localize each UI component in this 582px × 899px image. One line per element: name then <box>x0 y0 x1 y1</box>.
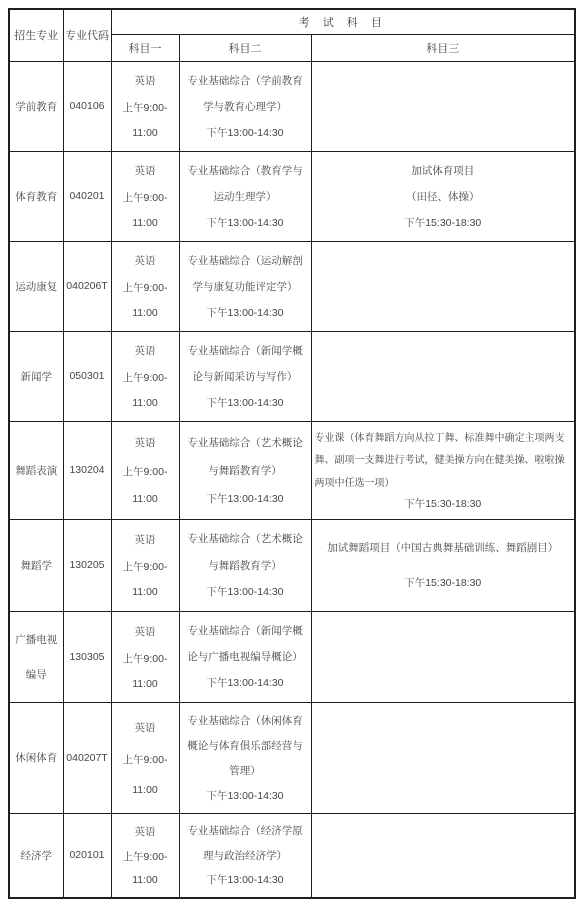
cell-line: 英语 <box>112 624 179 639</box>
cell-line: 英语 <box>112 720 179 735</box>
cell-line: 下午15:30-18:30 <box>312 575 575 590</box>
cell-line: 040106 <box>64 100 111 112</box>
code-cell: 040207T <box>63 702 111 813</box>
cell-line: 与舞蹈教育学） <box>180 558 311 573</box>
cell-line: 学前教育 <box>10 99 63 114</box>
cell-line: 论与新闻采访与写作） <box>180 369 311 384</box>
major-cell: 学前教育 <box>9 61 63 151</box>
cell-line: 学与康复功能评定学） <box>180 279 311 294</box>
cell-line: 上午9:00- <box>112 651 179 666</box>
subject3-cell <box>311 241 575 331</box>
code-cell: 040106 <box>63 61 111 151</box>
code-cell: 130305 <box>63 611 111 702</box>
subject1-cell: 英语上午9:00-11:00 <box>111 702 179 813</box>
cell-line: 上午9:00- <box>112 849 179 864</box>
cell-line: 11:00 <box>112 307 179 319</box>
cell-line: 管理） <box>180 763 311 778</box>
cell-line: 运动康复 <box>10 279 63 294</box>
subject3-cell <box>311 702 575 813</box>
cell-line: 英语 <box>112 824 179 839</box>
subject2-cell: 专业基础综合（学前教育学与教育心理学）下午13:00-14:30 <box>179 61 311 151</box>
cell-line: 下午13:00-14:30 <box>180 584 311 599</box>
cell-line: 下午13:00-14:30 <box>180 872 311 887</box>
cell-line: 11:00 <box>112 874 179 886</box>
subject1-cell: 英语上午9:00-11:00 <box>111 61 179 151</box>
table-row: 舞蹈表演130204英语上午9:00-11:00专业基础综合（艺术概论与舞蹈教育… <box>9 421 575 519</box>
cell-line: 广播电视 <box>10 632 63 647</box>
cell-line: 上午9:00- <box>112 464 179 479</box>
cell-line: 两项中任选一项） <box>312 474 575 489</box>
cell-line: 11:00 <box>112 127 179 139</box>
cell-line: 休闲体育 <box>10 750 63 765</box>
header-subject3: 科目三 <box>311 34 575 61</box>
cell-line: 11:00 <box>112 586 179 598</box>
subject1-cell: 英语上午9:00-11:00 <box>111 813 179 898</box>
header-code: 专业代码 <box>63 9 111 61</box>
subject3-cell <box>311 61 575 151</box>
cell-line: 040206T <box>64 280 111 292</box>
header-subject2: 科目二 <box>179 34 311 61</box>
cell-line: 英语 <box>112 532 179 547</box>
cell-line: 舞蹈表演 <box>10 463 63 478</box>
cell-line: 舞蹈学 <box>10 558 63 573</box>
cell-line: 专业基础综合（教育学与 <box>180 163 311 178</box>
cell-line: （田径、体操） <box>312 189 575 204</box>
cell-line: 130204 <box>64 464 111 476</box>
cell-line: 11:00 <box>112 217 179 229</box>
header-exam-subjects: 考 试 科 目 <box>111 9 575 34</box>
cell-line: 040201 <box>64 190 111 202</box>
subject3-cell <box>311 331 575 421</box>
cell-line: 下午13:00-14:30 <box>180 788 311 803</box>
subject1-cell: 英语上午9:00-11:00 <box>111 241 179 331</box>
table-row: 体育教育040201英语上午9:00-11:00专业基础综合（教育学与运动生理学… <box>9 151 575 241</box>
table-row: 广播电视编导130305英语上午9:00-11:00专业基础综合（新闻学概论与广… <box>9 611 575 702</box>
cell-line: 上午9:00- <box>112 370 179 385</box>
cell-line: 专业课（体育舞蹈方向从拉丁舞、标准舞中确定主项两支 <box>312 429 575 444</box>
code-cell: 020101 <box>63 813 111 898</box>
subject1-cell: 英语上午9:00-11:00 <box>111 611 179 702</box>
subject3-cell <box>311 611 575 702</box>
major-cell: 休闲体育 <box>9 702 63 813</box>
code-cell: 040206T <box>63 241 111 331</box>
subject3-cell: 加试舞蹈项目（中国古典舞基础训练、舞蹈剧目）下午15:30-18:30 <box>311 519 575 611</box>
subject2-cell: 专业基础综合（新闻学概论与新闻采访与写作）下午13:00-14:30 <box>179 331 311 421</box>
subject3-cell: 加试体育项目（田径、体操）下午15:30-18:30 <box>311 151 575 241</box>
subject3-cell <box>311 813 575 898</box>
cell-line: 专业基础综合（经济学原 <box>180 823 311 838</box>
cell-line: 专业基础综合（新闻学概 <box>180 623 311 638</box>
subject1-cell: 英语上午9:00-11:00 <box>111 151 179 241</box>
cell-line: 130205 <box>64 559 111 571</box>
table-row: 经济学020101英语上午9:00-11:00专业基础综合（经济学原理与政治经济… <box>9 813 575 898</box>
cell-line: 下午13:00-14:30 <box>180 125 311 140</box>
subject2-cell: 专业基础综合（艺术概论与舞蹈教育学）下午13:00-14:30 <box>179 421 311 519</box>
cell-line: 新闻学 <box>10 369 63 384</box>
cell-line: 上午9:00- <box>112 752 179 767</box>
cell-line: 下午13:00-14:30 <box>180 491 311 506</box>
subject1-cell: 英语上午9:00-11:00 <box>111 421 179 519</box>
cell-line: 专业基础综合（学前教育 <box>180 73 311 88</box>
cell-line: 下午13:00-14:30 <box>180 305 311 320</box>
cell-line: 专业基础综合（新闻学概 <box>180 343 311 358</box>
cell-line: 上午9:00- <box>112 100 179 115</box>
cell-line: 130305 <box>64 651 111 663</box>
cell-line: 11:00 <box>112 784 179 796</box>
table-row: 新闻学050301英语上午9:00-11:00专业基础综合（新闻学概论与新闻采访… <box>9 331 575 421</box>
subject2-cell: 专业基础综合（教育学与运动生理学）下午13:00-14:30 <box>179 151 311 241</box>
cell-line: 概论与体育俱乐部经营与 <box>180 738 311 753</box>
cell-line: 专业基础综合（休闲体育 <box>180 713 311 728</box>
cell-line: 加试舞蹈项目（中国古典舞基础训练、舞蹈剧目） <box>312 540 575 555</box>
cell-line: 舞、副项一支舞进行考试，健美操方向在健美操、啦啦操 <box>312 451 575 466</box>
cell-line: 050301 <box>64 370 111 382</box>
cell-line: 英语 <box>112 435 179 450</box>
subject2-cell: 专业基础综合（新闻学概论与广播电视编导概论）下午13:00-14:30 <box>179 611 311 702</box>
cell-line: 11:00 <box>112 397 179 409</box>
header-subject1: 科目一 <box>111 34 179 61</box>
code-cell: 050301 <box>63 331 111 421</box>
cell-line: 上午9:00- <box>112 280 179 295</box>
cell-line: 下午13:00-14:30 <box>180 215 311 230</box>
code-cell: 130204 <box>63 421 111 519</box>
cell-line: 上午9:00- <box>112 559 179 574</box>
major-cell: 经济学 <box>9 813 63 898</box>
major-cell: 广播电视编导 <box>9 611 63 702</box>
cell-line: 020101 <box>64 849 111 861</box>
major-cell: 新闻学 <box>9 331 63 421</box>
table-row: 休闲体育040207T英语上午9:00-11:00专业基础综合（休闲体育概论与体… <box>9 702 575 813</box>
cell-line: 上午9:00- <box>112 190 179 205</box>
cell-line: 英语 <box>112 253 179 268</box>
cell-line: 英语 <box>112 73 179 88</box>
subject3-cell: 专业课（体育舞蹈方向从拉丁舞、标准舞中确定主项两支舞、副项一支舞进行考试，健美操… <box>311 421 575 519</box>
subject1-cell: 英语上午9:00-11:00 <box>111 331 179 421</box>
subject2-cell: 专业基础综合（经济学原理与政治经济学）下午13:00-14:30 <box>179 813 311 898</box>
cell-line: 下午15:30-18:30 <box>312 215 575 230</box>
header-row-top: 招生专业 专业代码 考 试 科 目 <box>9 9 575 34</box>
cell-line: 经济学 <box>10 848 63 863</box>
table-row: 运动康复040206T英语上午9:00-11:00专业基础综合（运动解剖学与康复… <box>9 241 575 331</box>
cell-line: 下午15:30-18:30 <box>312 496 575 511</box>
table-row: 学前教育040106英语上午9:00-11:00专业基础综合（学前教育学与教育心… <box>9 61 575 151</box>
cell-line: 加试体育项目 <box>312 163 575 178</box>
cell-line: 英语 <box>112 163 179 178</box>
major-cell: 舞蹈表演 <box>9 421 63 519</box>
cell-line: 11:00 <box>112 678 179 690</box>
subject2-cell: 专业基础综合（艺术概论与舞蹈教育学）下午13:00-14:30 <box>179 519 311 611</box>
major-cell: 体育教育 <box>9 151 63 241</box>
subject2-cell: 专业基础综合（运动解剖学与康复功能评定学）下午13:00-14:30 <box>179 241 311 331</box>
cell-line: 专业基础综合（艺术概论 <box>180 531 311 546</box>
cell-line: 体育教育 <box>10 189 63 204</box>
code-cell: 040201 <box>63 151 111 241</box>
cell-line: 学与教育心理学） <box>180 99 311 114</box>
schedule-table-body: 学前教育040106英语上午9:00-11:00专业基础综合（学前教育学与教育心… <box>9 61 575 898</box>
exam-schedule-table: 招生专业 专业代码 考 试 科 目 科目一 科目二 科目三 学前教育040106… <box>8 8 576 899</box>
cell-line: 下午13:00-14:30 <box>180 395 311 410</box>
cell-line: 理与政治经济学） <box>180 848 311 863</box>
header-major: 招生专业 <box>9 9 63 61</box>
cell-line: 专业基础综合（运动解剖 <box>180 253 311 268</box>
cell-line: 与舞蹈教育学） <box>180 463 311 478</box>
cell-line: 编导 <box>10 667 63 682</box>
cell-line: 下午13:00-14:30 <box>180 675 311 690</box>
subject2-cell: 专业基础综合（休闲体育概论与体育俱乐部经营与管理）下午13:00-14:30 <box>179 702 311 813</box>
major-cell: 运动康复 <box>9 241 63 331</box>
code-cell: 130205 <box>63 519 111 611</box>
cell-line: 040207T <box>64 752 111 764</box>
table-row: 舞蹈学130205英语上午9:00-11:00专业基础综合（艺术概论与舞蹈教育学… <box>9 519 575 611</box>
cell-line: 英语 <box>112 343 179 358</box>
cell-line: 运动生理学） <box>180 189 311 204</box>
cell-line: 专业基础综合（艺术概论 <box>180 435 311 450</box>
major-cell: 舞蹈学 <box>9 519 63 611</box>
subject1-cell: 英语上午9:00-11:00 <box>111 519 179 611</box>
cell-line: 11:00 <box>112 493 179 505</box>
cell-line: 论与广播电视编导概论） <box>180 649 311 664</box>
